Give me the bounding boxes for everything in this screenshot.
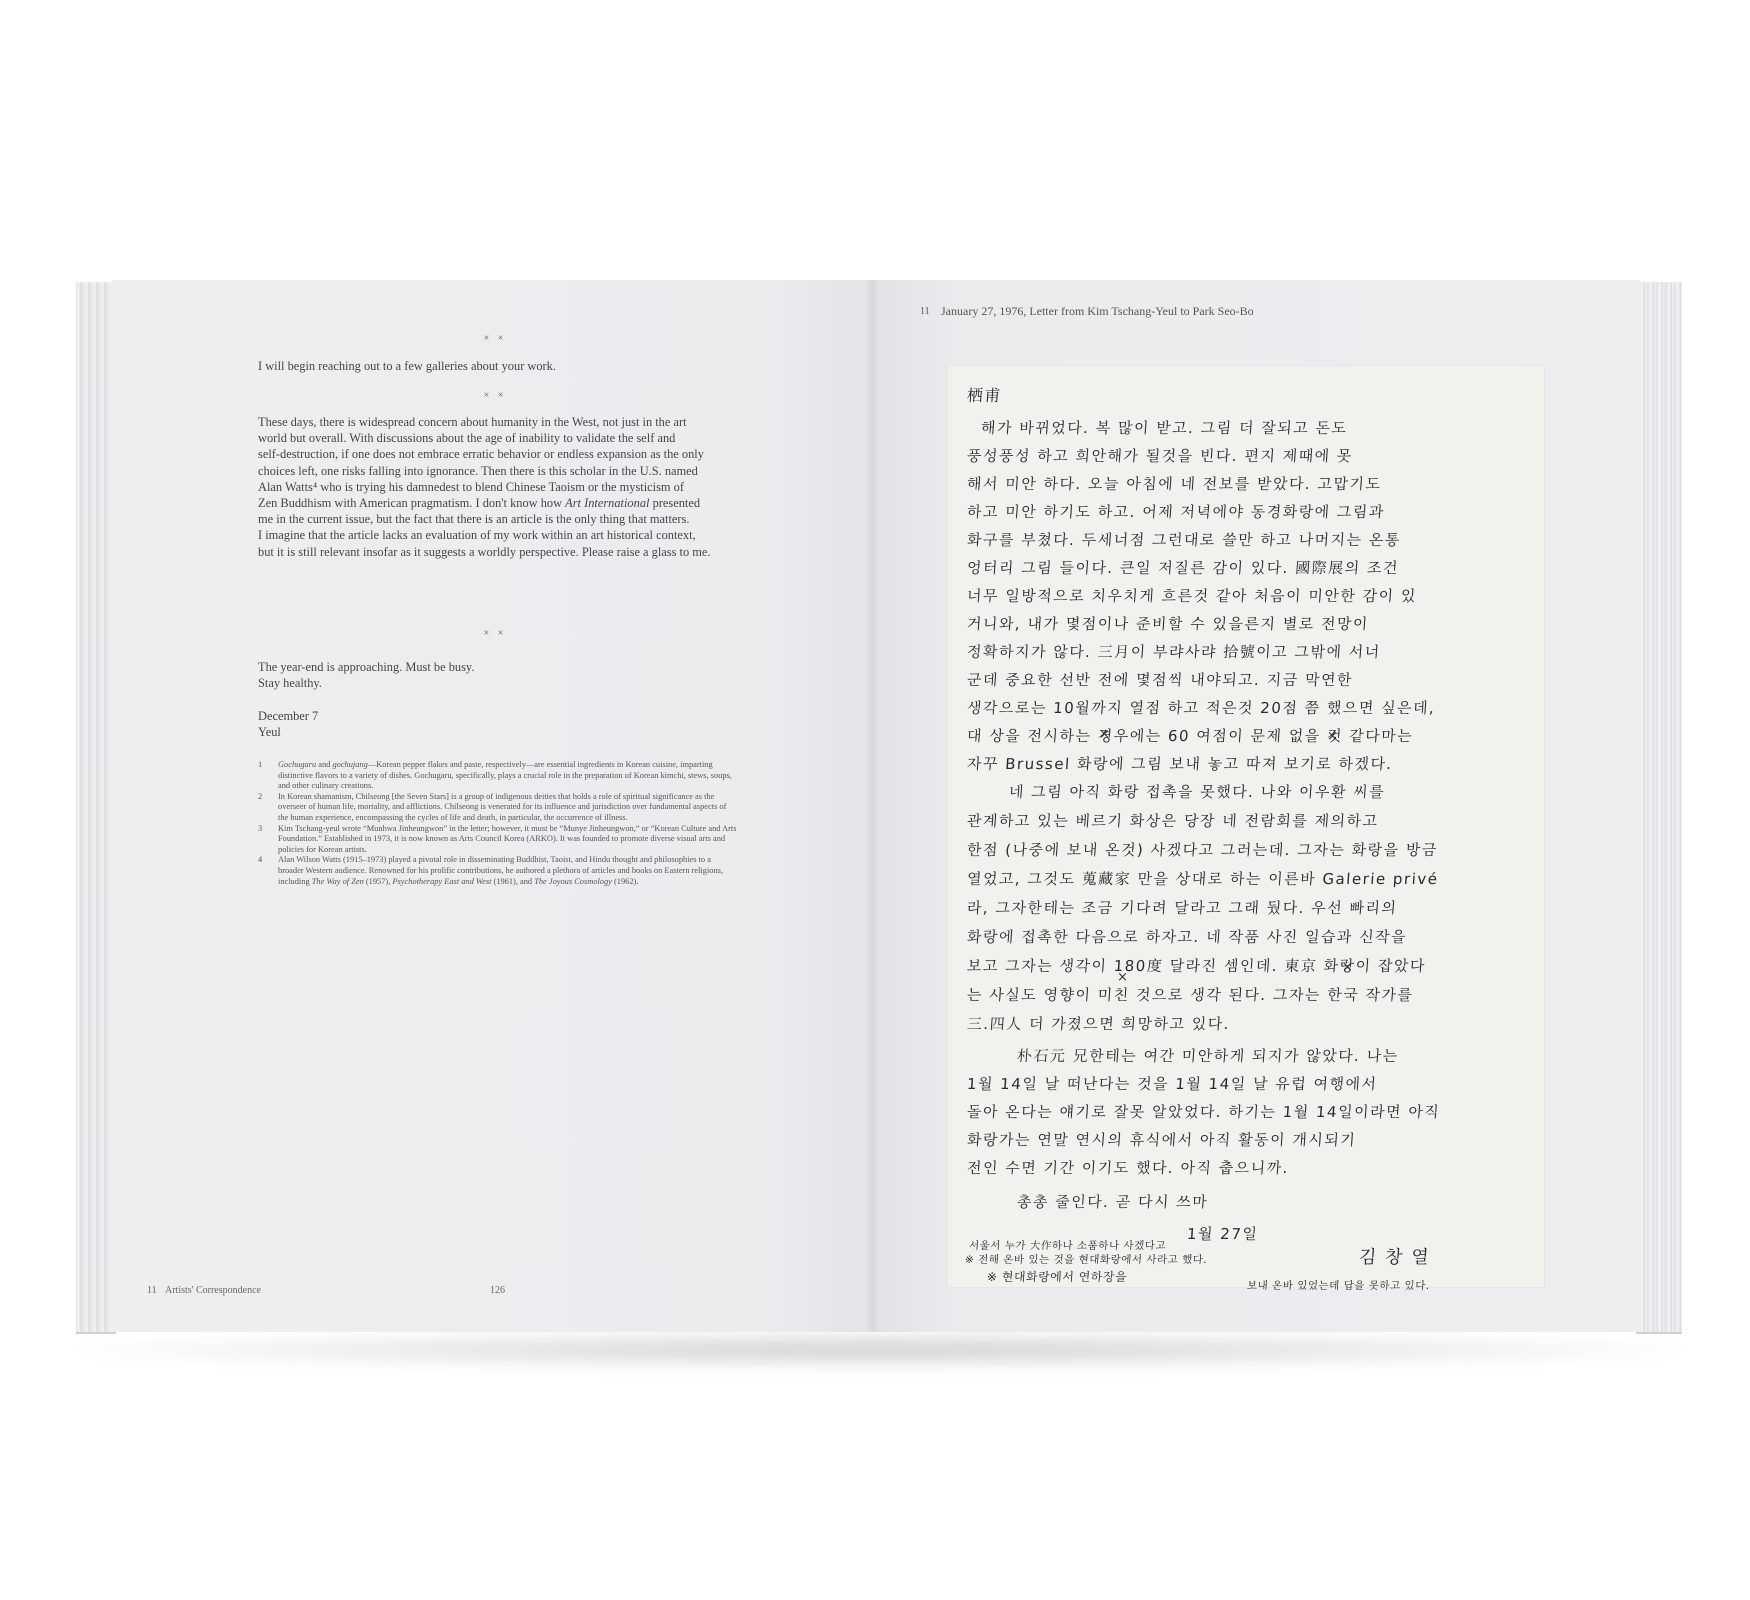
letter-line: 자꾸 Brussel 화랑에 그림 보내 놓고 따져 보기로 하겠다. [966,753,1529,774]
footnote-text: In Korean shamanism, Chilseong [the Seve… [278,792,738,824]
letter-closing: 총총 줄인다. 곧 다시 쓰마 [1016,1191,1529,1212]
text-line: I imagine that the article lacks an eval… [258,527,732,543]
book-title: The Way of Zen [312,877,364,886]
page-number: 126 [490,1285,505,1296]
letter-signature: 김 창 열 [1358,1243,1530,1269]
letter-line: 는 사실도 영향이 미친 것으로 생각 된다. 그자는 한국 작가를 [966,984,1529,1005]
text-fragment: Zen Buddhism with American pragmatism. I… [258,496,565,510]
letter-line: 관계하고 있는 베르기 화상은 당장 네 전람회를 제의하고 [966,810,1529,831]
book-shadow [80,1330,1680,1370]
letter-line: 대 상을 전시하는 경우에는 60 여점이 문제 없을 것 같다마는 [966,725,1529,746]
letter-line: 해가 바뀌었다. 복 많이 받고. 그림 더 잘되고 돈도 [980,417,1529,438]
letter-line: 1월 14일 날 떠난다는 것을 1월 14일 날 유럽 여행에서 [966,1073,1529,1094]
letter-line: 라, 그자한테는 조금 기다려 달라고 그래 뒀다. 우선 빠리의 [966,897,1529,918]
running-head-title: January 27, 1976, Letter from Kim Tschan… [941,304,1254,319]
footnote: 3 Kim Tschang-yeul wrote “Munhwa Jinheun… [258,824,738,856]
text-line: Alan Watts⁴ who is trying his damnedest … [258,479,732,495]
letter-line: 엉터리 그림 들이다. 큰일 저질른 감이 있다. 國際展의 조건 [966,557,1529,578]
footnote-text: Alan Wilson Watts (1915–1973) played a p… [278,855,738,887]
letter-line: 군데 중요한 선반 전에 몇점씩 내야되고. 지금 막연한 [966,669,1529,690]
book-gutter [866,280,880,1332]
signoff-name: Yeul [258,724,732,740]
letter-line: 너무 일방적으로 치우치게 흐른것 같아 처음이 미안한 감이 있 [966,585,1529,606]
letter-line: 해서 미안 하다. 오늘 아침에 네 전보를 받았다. 고맙기도 [966,473,1529,494]
footnote-number: 4 [258,855,278,887]
letter-line: 네 그림 아직 화랑 접촉을 못했다. 나와 이우환 씨를 [1008,781,1529,802]
term: gochujang [332,760,367,769]
text-line: These days, there is widespread concern … [258,414,732,430]
postscript-line: 보내 온바 있었는데 답을 못하고 있다. [1246,1278,1529,1293]
letter-line: 풍성풍성 하고 희안해가 될것을 빈다. 편지 제때에 못 [966,445,1529,466]
text-line: choices left, one risks falling into ign… [258,463,732,479]
paragraph-2: These days, there is widespread concern … [258,414,732,560]
section-separator: × × [258,390,732,401]
footer-chapter-title: Artists' Correspondence [165,1285,261,1296]
text-line: The year-end is approaching. Must be bus… [258,659,732,675]
text-fragment: (1961), and [491,877,534,886]
closing-paragraph: The year-end is approaching. Must be bus… [258,659,732,691]
letter-line: 돌아 온다는 얘기로 잘못 알았었다. 하기는 1월 14일이라면 아직 [966,1101,1529,1122]
footnote-number: 3 [258,824,278,856]
text-fragment: presented [649,496,700,510]
letter-line: 화구를 부쳤다. 두세너점 그런대로 쓸만 하고 나머지는 온통 [966,529,1529,550]
text-line: but it is still relevant insofar as it s… [258,544,732,560]
x-mark: × [1117,970,1128,985]
footnote: 4 Alan Wilson Watts (1915–1973) played a… [258,855,738,887]
text-line: world but overall. With discussions abou… [258,430,732,446]
text-line: me in the current issue, but the fact th… [258,511,732,527]
text-line: Zen Buddhism with American pragmatism. I… [258,495,732,511]
text-fragment: and [316,760,332,769]
letter-line: 정확하지가 않다. 三月이 부랴사랴 拾號이고 그밖에 서너 [966,641,1529,662]
text-line: Stay healthy. [258,675,732,691]
letter-salutation: 栖甫 [966,383,1530,406]
letter-line: 하고 미안 하기도 하고. 어제 저녁에야 동경화랑에 그림과 [966,501,1529,522]
text-fragment: (1962). [612,877,639,886]
handwritten-letter-image: 栖甫 해가 바뀌었다. 복 많이 받고. 그림 더 잘되고 돈도 풍성풍성 하고… [947,365,1545,1288]
x-mark: × [1342,960,1353,975]
book-title: Psychotherapy East and West [392,877,491,886]
letter-line: 생각으로는 10월까지 열점 하고 적은것 20점 쯤 했으면 싶은데, [966,697,1529,718]
footnote-number: 1 [258,760,278,792]
footnotes: 1 Gochugaru and gochujang—Korean pepper … [258,760,738,887]
book-title: The Joyous Cosmology [534,877,612,886]
publication-title: Art International [565,496,649,510]
letter-line: 열었고, 그것도 蒐藏家 만을 상대로 하는 이른바 Galerie privé [966,868,1529,889]
x-mark: × [1327,729,1338,744]
signoff: December 7 Yeul [258,708,732,740]
footnote: 1 Gochugaru and gochujang—Korean pepper … [258,760,738,792]
letter-line: 전인 수면 기간 이기도 했다. 아직 춥으니까. [966,1157,1529,1178]
letter-line: 보고 그자는 생각이 180度 달라진 셈인데. 東京 화랑이 잡았다 [966,955,1529,976]
footer-chapter-number: 11 [147,1285,157,1296]
running-head-number: 11 [920,306,930,317]
footnote-text: Gochugaru and gochujang—Korean pepper fl… [278,760,738,792]
section-separator: × × [258,628,732,639]
page-edges-left [76,282,116,1334]
text-line: self-destruction, if one does not embrac… [258,446,732,462]
letter-line: 화랑에 접촉한 다음으로 하자고. 네 작품 사진 일습과 신작을 [966,926,1529,947]
term: Gochugaru [278,760,316,769]
signoff-date: December 7 [258,708,732,724]
text-fragment: (1957), [364,877,393,886]
section-separator: × × [258,333,732,344]
letter-line: 거니와, 내가 몇점이나 준비할 수 있을른지 별로 전망이 [966,613,1529,634]
page-edges-right [1636,282,1682,1334]
footnote: 2 In Korean shamanism, Chilseong [the Se… [258,792,738,824]
paragraph-1: I will begin reaching out to a few galle… [258,358,732,374]
letter-line: 三.四人 더 가졌으면 희망하고 있다. [966,1013,1529,1034]
letter-line: 한점 (나중에 보내 온것) 사겠다고 그러는데. 그자는 화랑을 방금 [966,839,1529,860]
x-mark: × [1099,727,1110,742]
footnote-number: 2 [258,792,278,824]
letter-line: 朴石元 兄한테는 여간 미안하게 되지가 않았다. 나는 [1016,1045,1529,1066]
letter-line: 화랑가는 연말 연시의 휴식에서 아직 활동이 개시되기 [966,1129,1529,1150]
footnote-text: Kim Tschang-yeul wrote “Munhwa Jinheungw… [278,824,738,856]
